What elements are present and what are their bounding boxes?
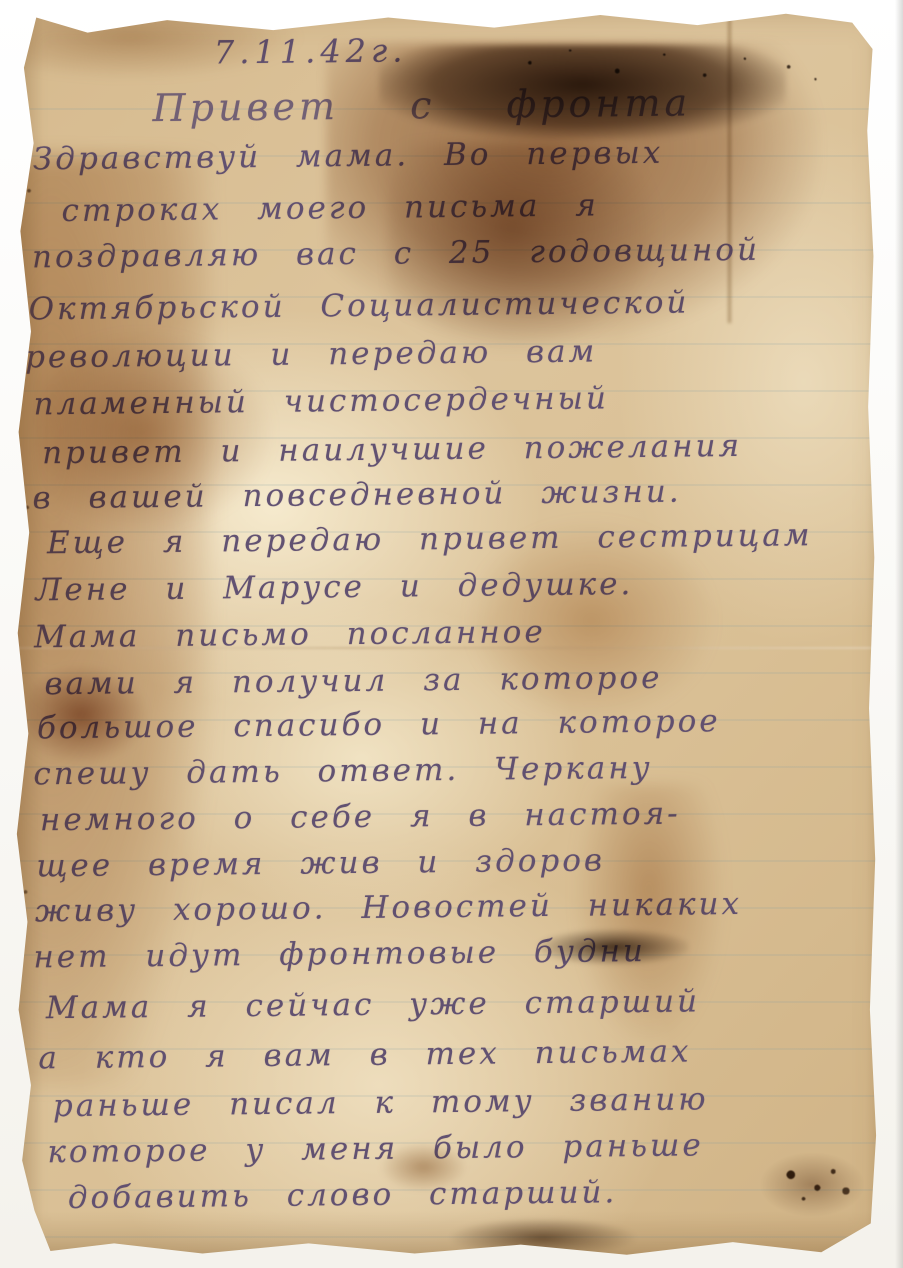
letter-line: Лене и Марусе и дедушке. [35,566,633,608]
letter-line: добавить слово старший. [68,1174,618,1216]
letter-title: Привет с фронта [152,80,691,130]
scan-shadow [895,0,903,1268]
letter-line: которое у меня было раньше [47,1127,704,1170]
letter-line: немного о себе я в настоя- [40,796,681,839]
letter-line: живу хорошо. Новостей никаких [35,886,742,929]
letter-line: Еще я передаю привет сестрицам [47,517,813,561]
letter-line: поздравляю вас с 25 годовщиной [32,232,760,276]
letter-line: нет идут фронтовые будни [33,933,646,975]
letter-line: Октябрьской Социалистической [28,284,689,327]
letter-line: революции и передаю вам [25,333,598,375]
letter-line: раньше писал к тому званию [53,1081,709,1124]
handwritten-text: 7.11.42г. Привет с фронта Здравствуй мам… [1,0,898,1265]
letter-date: 7.11.42г. [214,31,408,71]
letter-line: привет и наилучшие пожелания [42,428,742,471]
letter-line: щее время жив и здоров [36,842,605,884]
letter-paper: 7.11.42г. Привет с фронта Здравствуй мам… [8,5,892,1261]
letter-line: строках моего письма я [61,187,599,229]
letter-line: пламенный чистосердечный [33,380,609,422]
letter-line: в вашей повседневной жизни. [32,474,681,517]
letter-line: Мама письмо посланное [34,614,546,655]
letter-line: спешу дать ответ. Черкану [33,750,653,792]
letter-line: большое спасибо и на которое [37,703,721,746]
letter-line: вами я получил за которое [44,660,662,702]
letter-line: а кто я вам в тех письмах [38,1033,691,1076]
letter-line: Мама я сейчас уже старший [46,983,700,1026]
letter-line: Здравствуй мама. Во первых [33,135,664,178]
scan-background: 7.11.42г. Привет с фронта Здравствуй мам… [0,0,903,1268]
